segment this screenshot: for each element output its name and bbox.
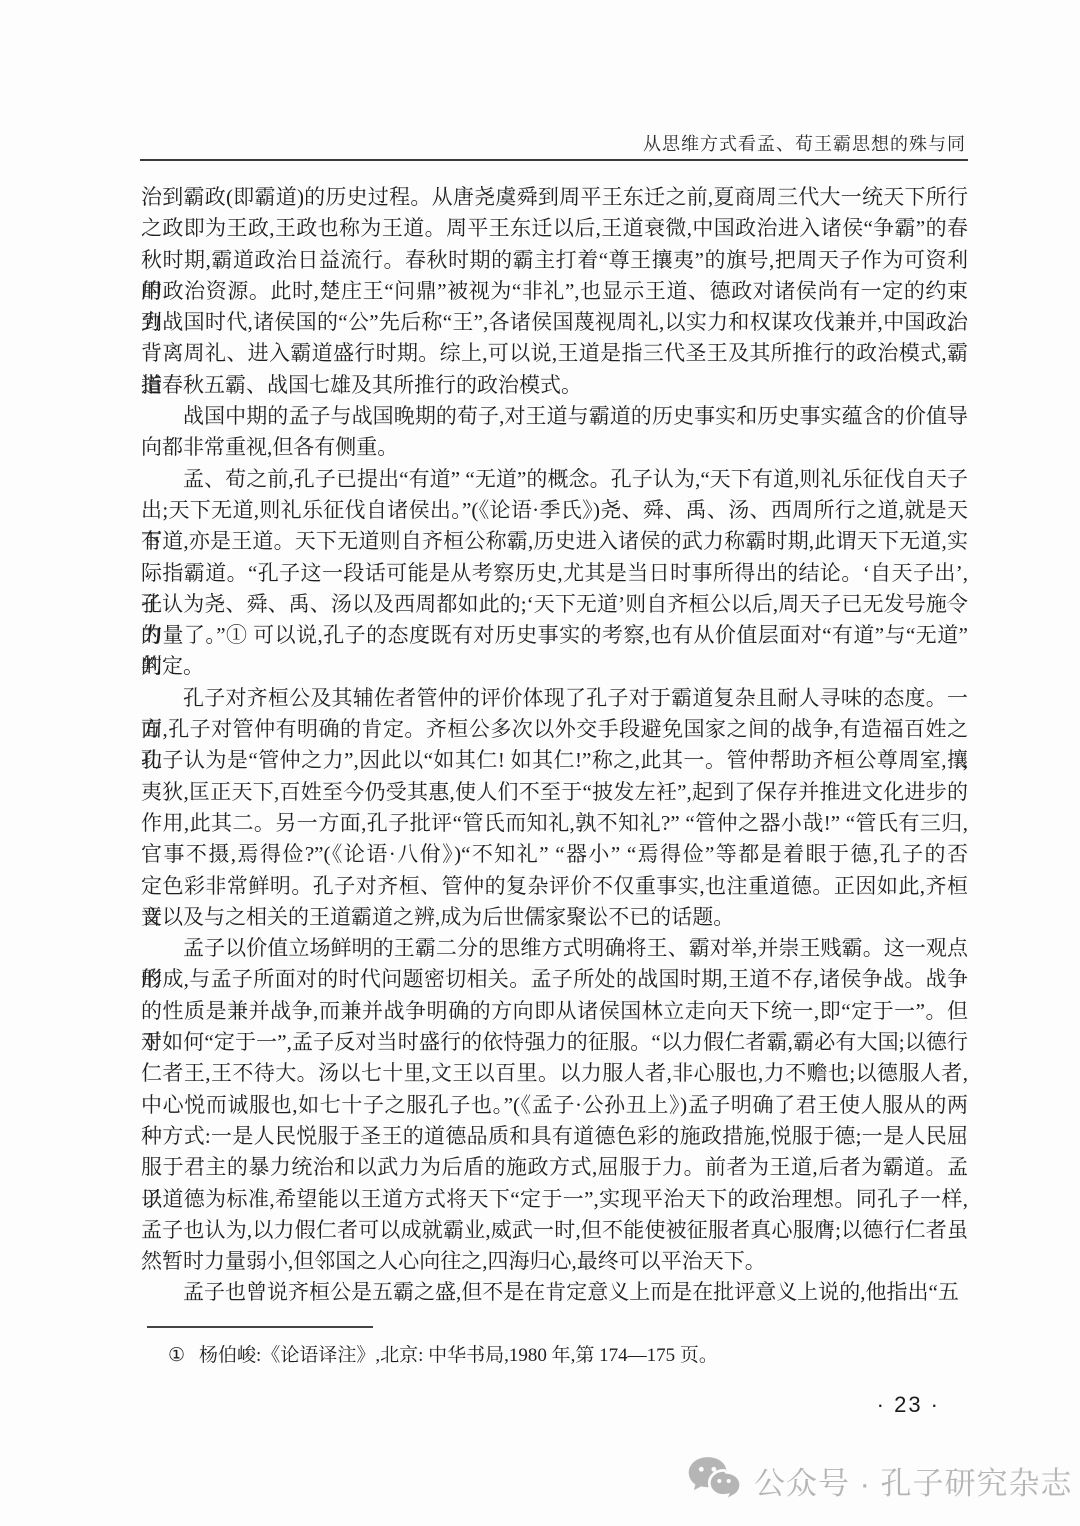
running-header-title: 从思维方式看孟、荀王霸思想的殊与同 xyxy=(643,130,966,156)
text-line: 夷狄,匡正天下,百姓至今仍受其惠,使人们不至于“披发左衽”,起到了保存并推进文化… xyxy=(141,777,968,808)
text-line: 的性质是兼并战争,而兼并战争明确的方向即从诸侯国林立走向天下统一,即“定于一”。… xyxy=(141,996,968,1027)
text-line: 之政即为王政,王政也称为王道。周平王东迁以后,王道衰微,中国政治进入诸侯“争霸”… xyxy=(141,213,968,244)
text-line: 出;天下无道,则礼乐征伐自诸侯出。”(《论语·季氏》)尧、舜、禹、汤、西周所行之… xyxy=(141,495,968,526)
page-number: · 23 · xyxy=(877,1392,940,1418)
document-page: 从思维方式看孟、荀王霸思想的殊与同 治到霸政(即霸道)的历史过程。从唐尧虞舜到周… xyxy=(0,0,1080,1526)
text-line: 种方式:一是人民悦服于圣王的道德品质和具有道德色彩的施政措施,悦服于德;一是人民… xyxy=(141,1121,968,1152)
text-line: 秋时期,霸道政治日益流行。春秋时期的霸主打着“尊王攘夷”的旗号,把周天子作为可资… xyxy=(141,245,968,276)
text-line: 孟、荀之前,孔子已提出“有道” “无道”的概念。孔子认为,“天下有道,则礼乐征伐… xyxy=(141,464,968,495)
text-line: 官事不摄,焉得俭?”(《论语·八佾》)“不知礼” “器小” “焉得俭”等都是着眼… xyxy=(141,839,968,870)
body-text: 治到霸政(即霸道)的历史过程。从唐尧虞舜到周平王东迁之前,夏商周三代大一统天下所… xyxy=(141,182,968,1309)
text-line: 服于君主的暴力统治和以武力为后盾的施政方式,屈服于力。前者为王道,后者为霸道。孟… xyxy=(141,1152,968,1183)
text-line: 以道德为标准,希望能以王道方式将天下“定于一”,实现平治天下的政治理想。同孔子一… xyxy=(141,1184,968,1215)
text-line: 定色彩非常鲜明。孔子对齐桓、管仲的复杂评价不仅重事实,也注重道德。正因如此,齐桓… xyxy=(141,871,968,902)
text-line: 指春秋五霸、战国七雄及其所推行的政治模式。 xyxy=(141,370,968,401)
text-line: 孟子也认为,以力假仁者可以成就霸业,威武一时,但不能使被征服者真心服膺;以德行仁… xyxy=(141,1215,968,1246)
text-line: 孔子认为是“管仲之力”,因此以“如其仁! 如其仁!”称之,此其一。管仲帮助齐桓公… xyxy=(141,745,968,776)
wechat-icon xyxy=(686,1456,744,1504)
text-line: 背离周礼、进入霸道盛行时期。综上,可以说,王道是指三代圣王及其所推行的政治模式,… xyxy=(141,338,968,369)
text-line: 孔子对齐桓公及其辅佐者管仲的评价体现了孔子对于霸道复杂且耐人寻味的态度。一方 xyxy=(141,683,968,714)
text-line: 战国中期的孟子与战国晚期的荀子,对王道与霸道的历史事实和历史事实蕴含的价值导 xyxy=(141,401,968,432)
text-line: 面,孔子对管仲有明确的肯定。齐桓公多次以外交手段避免国家之间的战争,有造福百姓之… xyxy=(141,714,968,745)
footnote: ①杨伯峻:《论语译注》,北京: 中华书局,1980 年,第 174—175 页。 xyxy=(168,1343,718,1369)
text-line: 仁者王,王不待大。汤以七十里,文王以百里。以力服人者,非心服也,力不赡也;以德服… xyxy=(141,1058,968,1089)
text-line: 治到霸政(即霸道)的历史过程。从唐尧虞舜到周平王东迁之前,夏商周三代大一统天下所… xyxy=(141,182,968,213)
footnote-divider xyxy=(147,1326,373,1328)
text-line: 际指霸道。“孔子这一段话可能是从考察历史,尤其是当日时事所得出的结论。‘自天子出… xyxy=(141,558,968,589)
text-line: 孟子以价值立场鲜明的王霸二分的思维方式明确将王、霸对举,并崇王贱霸。这一观点的 xyxy=(141,933,968,964)
text-line: 孟子也曾说齐桓公是五霸之盛,但不是在肯定意义上而是在批评意义上说的,他指出“五 xyxy=(141,1277,968,1308)
text-line: 文以及与之相关的王道霸道之辨,成为后世儒家聚讼不已的话题。 xyxy=(141,902,968,933)
text-line: 中心悦而诚服也,如七十子之服孔子也。”(《孟子·公孙丑上》)孟子明确了君王使人服… xyxy=(141,1090,968,1121)
text-line: 到战国时代,诸侯国的“公”先后称“王”,各诸侯国蔑视周礼,以实力和权谋攻伐兼并,… xyxy=(141,307,968,338)
text-line: 子认为尧、舜、禹、汤以及西周都如此的;‘天下无道’则自齐桓公以后,周天子已无发号… xyxy=(141,589,968,620)
footnote-text: 杨伯峻:《论语译注》,北京: 中华书局,1980 年,第 174—175 页。 xyxy=(199,1345,718,1366)
text-line: 力量了。”① 可以说,孔子的态度既有对历史事实的考察,也有从价值层面对“有道”与… xyxy=(141,620,968,651)
text-line: 有道,亦是王道。天下无道则自齐桓公称霸,历史进入诸侯的武力称霸时期,此谓天下无道… xyxy=(141,526,968,557)
footnote-marker: ① xyxy=(168,1345,185,1366)
text-line: 的政治资源。此时,楚庄王“问鼎”被视为“非礼”,也显示王道、德政对诸侯尚有一定的… xyxy=(141,276,968,307)
text-line: 于如何“定于一”,孟子反对当时盛行的依恃强力的征服。“以力假仁者霸,霸必有大国;… xyxy=(141,1027,968,1058)
text-line: 然暂时力量弱小,但邻国之人心向往之,四海归心,最终可以平治天下。 xyxy=(141,1246,968,1277)
text-line: 形成,与孟子所面对的时代问题密切相关。孟子所处的战国时期,王道不存,诸侯争战。战… xyxy=(141,964,968,995)
text-line: 向都非常重视,但各有侧重。 xyxy=(141,432,968,463)
header-rule xyxy=(140,159,968,161)
watermark: 公众号 · 孔子研究杂志 xyxy=(686,1456,1073,1504)
text-line: 作用,此其二。另一方面,孔子批评“管氏而知礼,孰不知礼?” “管仲之器小哉!” … xyxy=(141,808,968,839)
text-line: 判定。 xyxy=(141,651,968,682)
watermark-text: 公众号 · 孔子研究杂志 xyxy=(754,1458,1073,1503)
